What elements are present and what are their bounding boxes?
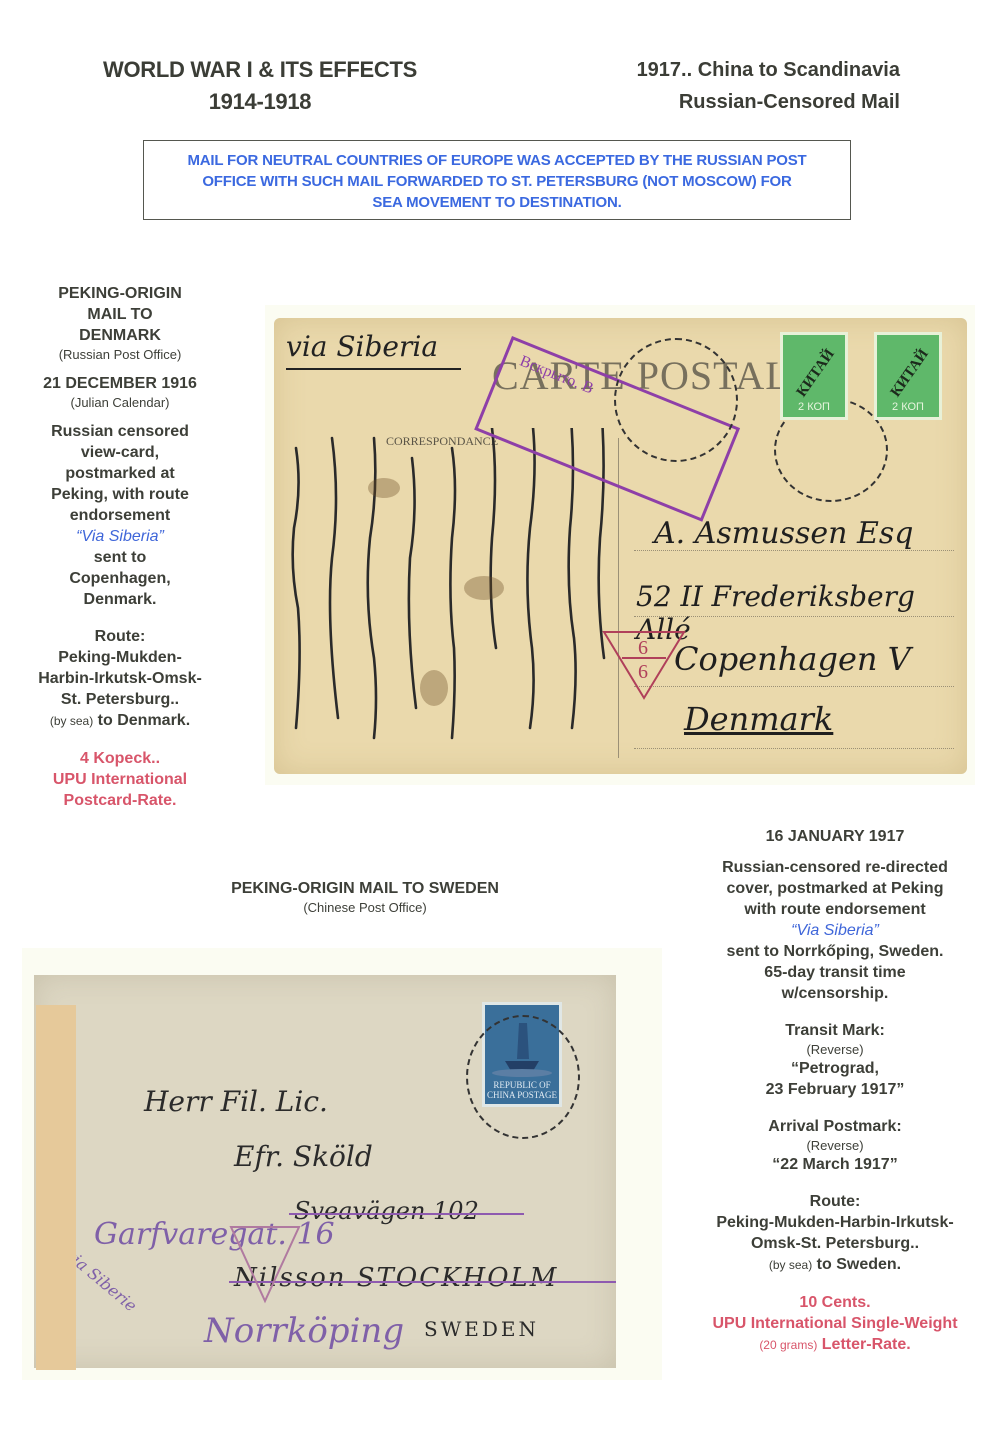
cover-address-line: Herr Fil. Lic. xyxy=(144,1085,328,1118)
item2-rate-line: Letter-Rate. xyxy=(822,1336,911,1353)
peking-postmark xyxy=(614,338,738,462)
item1-calendar: (Julian Calendar) xyxy=(20,394,220,411)
stamp-overprint: КИТАЙ xyxy=(794,346,839,400)
item2-office: (Chinese Post Office) xyxy=(200,899,530,916)
item1-date: 21 DECEMBER 1916 xyxy=(20,373,220,394)
censor-tape xyxy=(36,1005,76,1370)
item1-description: PEKING-ORIGIN MAIL TO DENMARK (Russian P… xyxy=(20,283,220,811)
cover-redirect: Norrköping xyxy=(204,1311,404,1351)
item1-via: “Via Siberia” xyxy=(20,526,220,547)
item1-desc: Denmark. xyxy=(20,589,220,610)
censor-triangle-bottom: 6 xyxy=(638,661,648,683)
stamp-value: 2 КОП xyxy=(783,401,845,413)
item1-office: (Russian Post Office) xyxy=(20,346,220,363)
russian-stamp-1: КИТАЙ 2 КОП xyxy=(780,332,848,420)
censor-triangle-top: 6 xyxy=(638,637,648,659)
item1-route-label: Route: xyxy=(20,626,220,647)
item2-arrival-value: “22 March 1917” xyxy=(690,1154,980,1175)
page-title-line2: 1914-1918 xyxy=(60,86,460,118)
item2-desc: with route endorsement xyxy=(690,899,980,920)
page-subtitle-line1: 1917.. China to Scandinavia xyxy=(560,54,900,86)
item2-date: 16 JANUARY 1917 xyxy=(690,826,980,847)
item1-desc: sent to xyxy=(20,547,220,568)
address-rule xyxy=(634,748,954,749)
item2-desc: cover, postmarked at Peking xyxy=(690,878,980,899)
strike-line xyxy=(289,1213,524,1215)
item2-route: Peking-Mukden-Harbin-Irkutsk- xyxy=(690,1212,980,1233)
item1-desc: view-card, xyxy=(20,442,220,463)
item2-heading: PEKING-ORIGIN MAIL TO SWEDEN xyxy=(200,878,530,899)
cover-image: REPUBLIC OF CHINA POSTAGE Herr Fil. Lic.… xyxy=(34,975,616,1368)
via-underline xyxy=(286,368,461,370)
item2-arrival-label: Arrival Postmark: xyxy=(690,1116,980,1137)
peking-cover-postmark xyxy=(466,1015,580,1139)
item1-route: St. Petersburg.. xyxy=(20,689,220,710)
item2-rate-sub: (20 grams) xyxy=(759,1338,817,1352)
page-subtitle: 1917.. China to Scandinavia Russian-Cens… xyxy=(560,54,900,118)
address-line: Denmark xyxy=(684,700,833,738)
russian-stamp-2: КИТАЙ 2 КОП xyxy=(874,332,942,420)
page-title-line1: WORLD WAR I & ITS EFFECTS xyxy=(60,54,460,86)
item1-route-sea: (by sea) xyxy=(50,714,93,728)
handwritten-message xyxy=(284,428,614,758)
address-line: A. Asmussen Esq xyxy=(654,516,913,551)
item2-route-sea: (by sea) xyxy=(769,1258,812,1272)
item1-desc: endorsement xyxy=(20,505,220,526)
item2-route-label: Route: xyxy=(690,1191,980,1212)
notice-line: OFFICE WITH SUCH MAIL FORWARDED TO ST. P… xyxy=(144,171,850,192)
item2-desc: 65-day transit time xyxy=(690,962,980,983)
cover-censor-triangle xyxy=(229,1225,309,1305)
cover-address-line: Efr. Sköld xyxy=(234,1140,373,1173)
item2-desc: w/censorship. xyxy=(690,983,980,1004)
page-subtitle-line2: Russian-Censored Mail xyxy=(560,86,900,118)
item2-via: “Via Siberia” xyxy=(690,920,980,941)
item2-route: Omsk-St. Petersburg.. xyxy=(690,1233,980,1254)
page-title: WORLD WAR I & ITS EFFECTS 1914-1918 xyxy=(60,54,460,118)
item2-route-dest: to Sweden. xyxy=(817,1256,901,1273)
item1-rate: 4 Kopeck.. xyxy=(20,748,220,769)
postcard-image: via Siberia CARTE POSTALE CORRESPONDANCE… xyxy=(274,318,967,774)
item2-transit-reverse: (Reverse) xyxy=(690,1041,980,1058)
via-endorsement: via Siberia xyxy=(286,330,438,363)
item2-transit-label: Transit Mark: xyxy=(690,1020,980,1041)
cover-country: SWEDEN xyxy=(424,1317,539,1341)
item1-route: (by sea) to Denmark. xyxy=(20,710,220,732)
item1-desc: Russian censored xyxy=(20,421,220,442)
address-line: Copenhagen V xyxy=(674,640,911,678)
item2-route: (by sea) to Sweden. xyxy=(690,1254,980,1276)
stamp-overprint: КИТАЙ xyxy=(888,346,933,400)
item2-transit: “Petrograd, xyxy=(690,1058,980,1079)
item2-rate: (20 grams) Letter-Rate. xyxy=(690,1334,980,1356)
notice-box: MAIL FOR NEUTRAL COUNTRIES OF EUROPE WAS… xyxy=(143,140,851,220)
item2-rate: 10 Cents. xyxy=(690,1292,980,1313)
item1-heading: DENMARK xyxy=(20,325,220,346)
item1-route-dest: to Denmark. xyxy=(98,712,190,729)
item1-desc: Peking, with route xyxy=(20,484,220,505)
censor-triangle: 6 6 xyxy=(602,630,686,700)
item2-desc: Russian-censored re-directed xyxy=(690,857,980,878)
item1-desc: Copenhagen, xyxy=(20,568,220,589)
item2-transit: 23 February 1917” xyxy=(690,1079,980,1100)
item1-route: Harbin-Irkutsk-Omsk- xyxy=(20,668,220,689)
notice-line: MAIL FOR NEUTRAL COUNTRIES OF EUROPE WAS… xyxy=(144,150,850,171)
item1-heading: MAIL TO xyxy=(20,304,220,325)
item2-description: 16 JANUARY 1917 Russian-censored re-dire… xyxy=(690,826,980,1356)
item1-desc: postmarked at xyxy=(20,463,220,484)
notice-line: SEA MOVEMENT TO DESTINATION. xyxy=(144,192,850,213)
item2-heading-block: PEKING-ORIGIN MAIL TO SWEDEN (Chinese Po… xyxy=(200,878,530,916)
item1-rate: UPU International xyxy=(20,769,220,790)
item2-rate: UPU International Single-Weight xyxy=(690,1313,980,1334)
item1-rate: Postcard-Rate. xyxy=(20,790,220,811)
item2-arrival-reverse: (Reverse) xyxy=(690,1137,980,1154)
item2-desc: sent to Norrkőping, Sweden. xyxy=(690,941,980,962)
item1-heading: PEKING-ORIGIN xyxy=(20,283,220,304)
item1-route: Peking-Mukden- xyxy=(20,647,220,668)
stamp-value: 2 КОП xyxy=(877,401,939,413)
